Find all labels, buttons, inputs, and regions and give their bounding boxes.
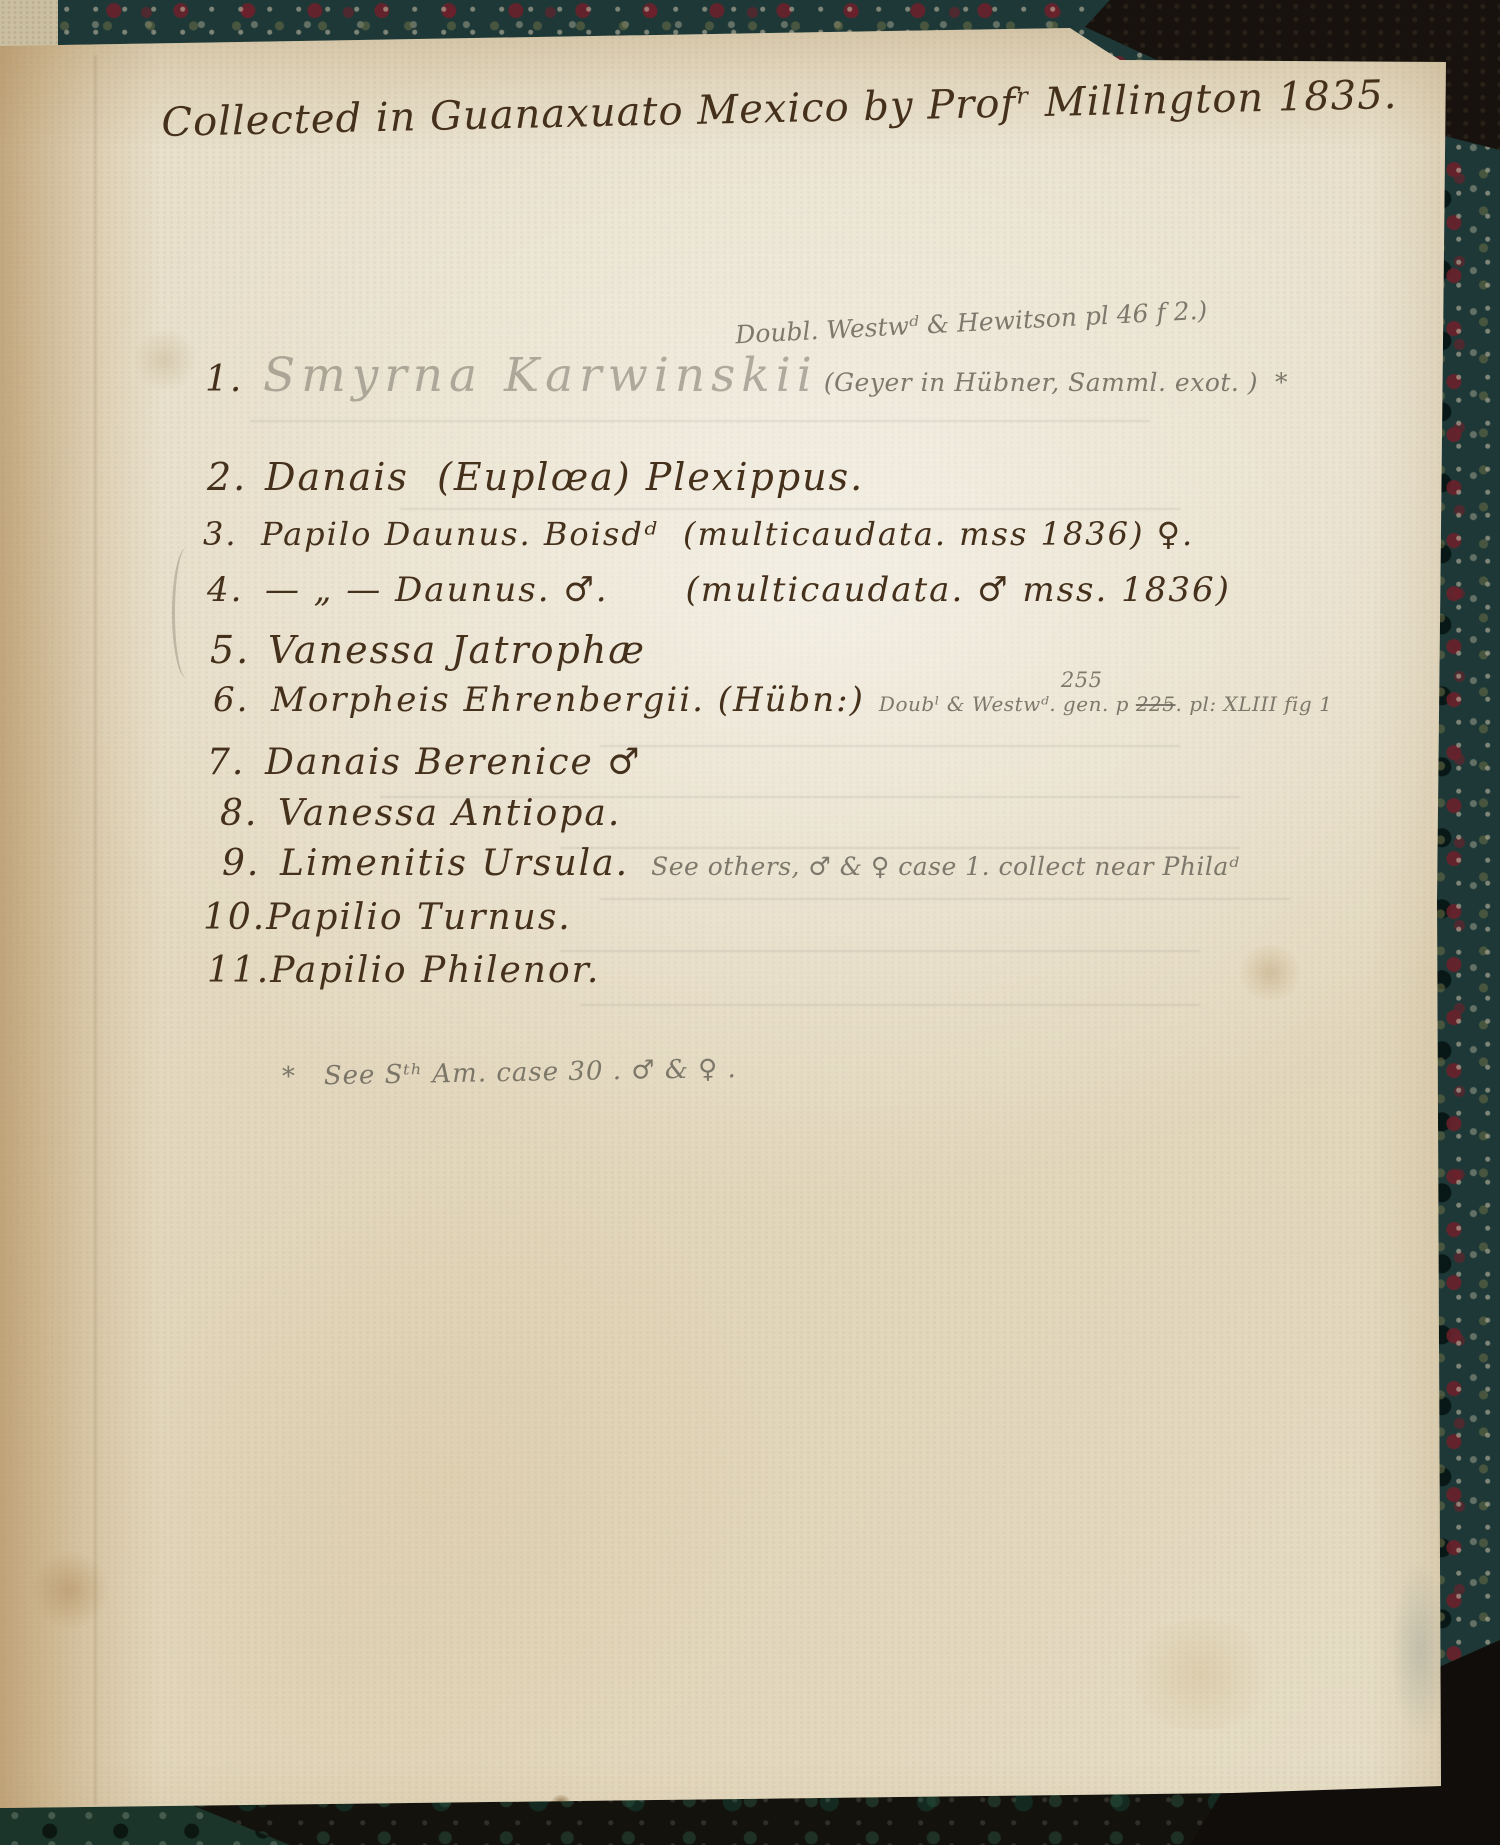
entry-number: 7. [207, 742, 265, 783]
entry-1-annotation-above: Doubl. Westwᵈ & Hewitson pl 46 f 2.) [735, 296, 1208, 350]
entry-name: Papilio Philenor. [270, 950, 600, 991]
entry-number: 1. [205, 359, 263, 400]
manuscript-page: Collected in Guanaxuato Mexico by Profʳ … [0, 0, 1500, 1845]
entry-number: 9. [222, 843, 280, 884]
entry-annotation: Doubˡ & Westwᵈ. gen. p 225. pl: XLIII fi… [879, 692, 1332, 716]
entry-name: Vanessa Antiopa. [278, 793, 621, 834]
entry-name: Vanessa Jatrophæ [268, 628, 646, 672]
annotation-text: Doubˡ & Westwᵈ. gen. p [879, 692, 1136, 716]
entry-number: 5. [210, 628, 268, 672]
manuscript-scan: Collected in Guanaxuato Mexico by Profʳ … [0, 0, 1500, 1845]
stain [30, 1550, 110, 1630]
ruled-guide-line [250, 420, 1150, 422]
list-entry: 1. Smyrna Karwinskii (Geyer in Hübner, S… [205, 348, 1288, 403]
entry-number: 2. [207, 455, 265, 499]
entry-name: — „ — Daunus. ♂. (multicaudata. ♂ mss. 1… [265, 570, 1231, 610]
stain [100, 1150, 800, 1800]
entry-name: Papilo Daunus. Boisdᵈ (multicaudata. mss… [261, 515, 1194, 553]
entry-name: Limenitis Ursula. [280, 843, 629, 884]
annotation-text: . pl: XLIII fig 1 [1176, 692, 1333, 716]
entry-number: 11. [207, 950, 270, 991]
ruled-guide-line [600, 898, 1290, 900]
margin-parenthesis-mark [172, 548, 201, 678]
list-entry: 2. Danais (Euplœa) Plexippus. [207, 455, 864, 499]
ruled-guide-line [580, 1004, 1200, 1006]
list-entry: 11. Papilio Philenor. [207, 950, 600, 991]
entry-number: 8. [220, 793, 278, 834]
ruled-guide-line [600, 745, 1180, 747]
list-entry: 7. Danais Berenice ♂ [207, 742, 642, 783]
list-entry: 9. Limenitis Ursula. See others, ♂ & ♀ c… [222, 843, 1239, 884]
entry-name: Papilio Turnus. [266, 897, 571, 938]
entry-annotation: (Geyer in Hübner, Samml. exot. ) * [824, 368, 1288, 397]
entry-name: Morpheis Ehrenbergii. (Hübn:) [271, 680, 865, 720]
corrected-page-number: 255 [1061, 668, 1103, 692]
entry-number: 10. [203, 897, 266, 938]
footnote: * See Sᵗʰ Am. case 30 . ♂ & ♀ . [282, 1054, 737, 1092]
struck-page-number: 225 [1136, 692, 1176, 716]
entry-name: Smyrna Karwinskii [263, 348, 818, 403]
page-chip-top-left [0, 0, 58, 46]
list-entry: 5. Vanessa Jatrophæ [210, 628, 646, 672]
entry-annotation: See others, ♂ & ♀ case 1. collect near P… [651, 852, 1239, 881]
list-entry: 4. — „ — Daunus. ♂. (multicaudata. ♂ mss… [207, 570, 1231, 610]
entry-name: Danais Berenice ♂ [265, 742, 642, 783]
entry-name: Danais (Euplœa) Plexippus. [265, 455, 864, 499]
stain [130, 330, 200, 390]
stain [1235, 945, 1305, 1000]
list-entry: 10. Papilio Turnus. [203, 897, 572, 938]
ruled-guide-line [400, 508, 1180, 510]
entry-number: 4. [207, 570, 265, 610]
list-entry: 8. Vanessa Antiopa. [220, 793, 621, 834]
list-entry: 6. Morpheis Ehrenbergii. (Hübn:) Doubˡ &… [213, 680, 1332, 720]
page-crease [94, 55, 97, 1805]
page-title: Collected in Guanaxuato Mexico by Profʳ … [161, 72, 1398, 146]
list-entry: 3. Papilo Daunus. Boisdᵈ (multicaudata. … [203, 515, 1194, 553]
stain [1120, 1620, 1280, 1730]
entry-number: 6. [213, 680, 271, 720]
entry-number: 3. [203, 515, 261, 553]
ruled-guide-line [560, 950, 1200, 952]
